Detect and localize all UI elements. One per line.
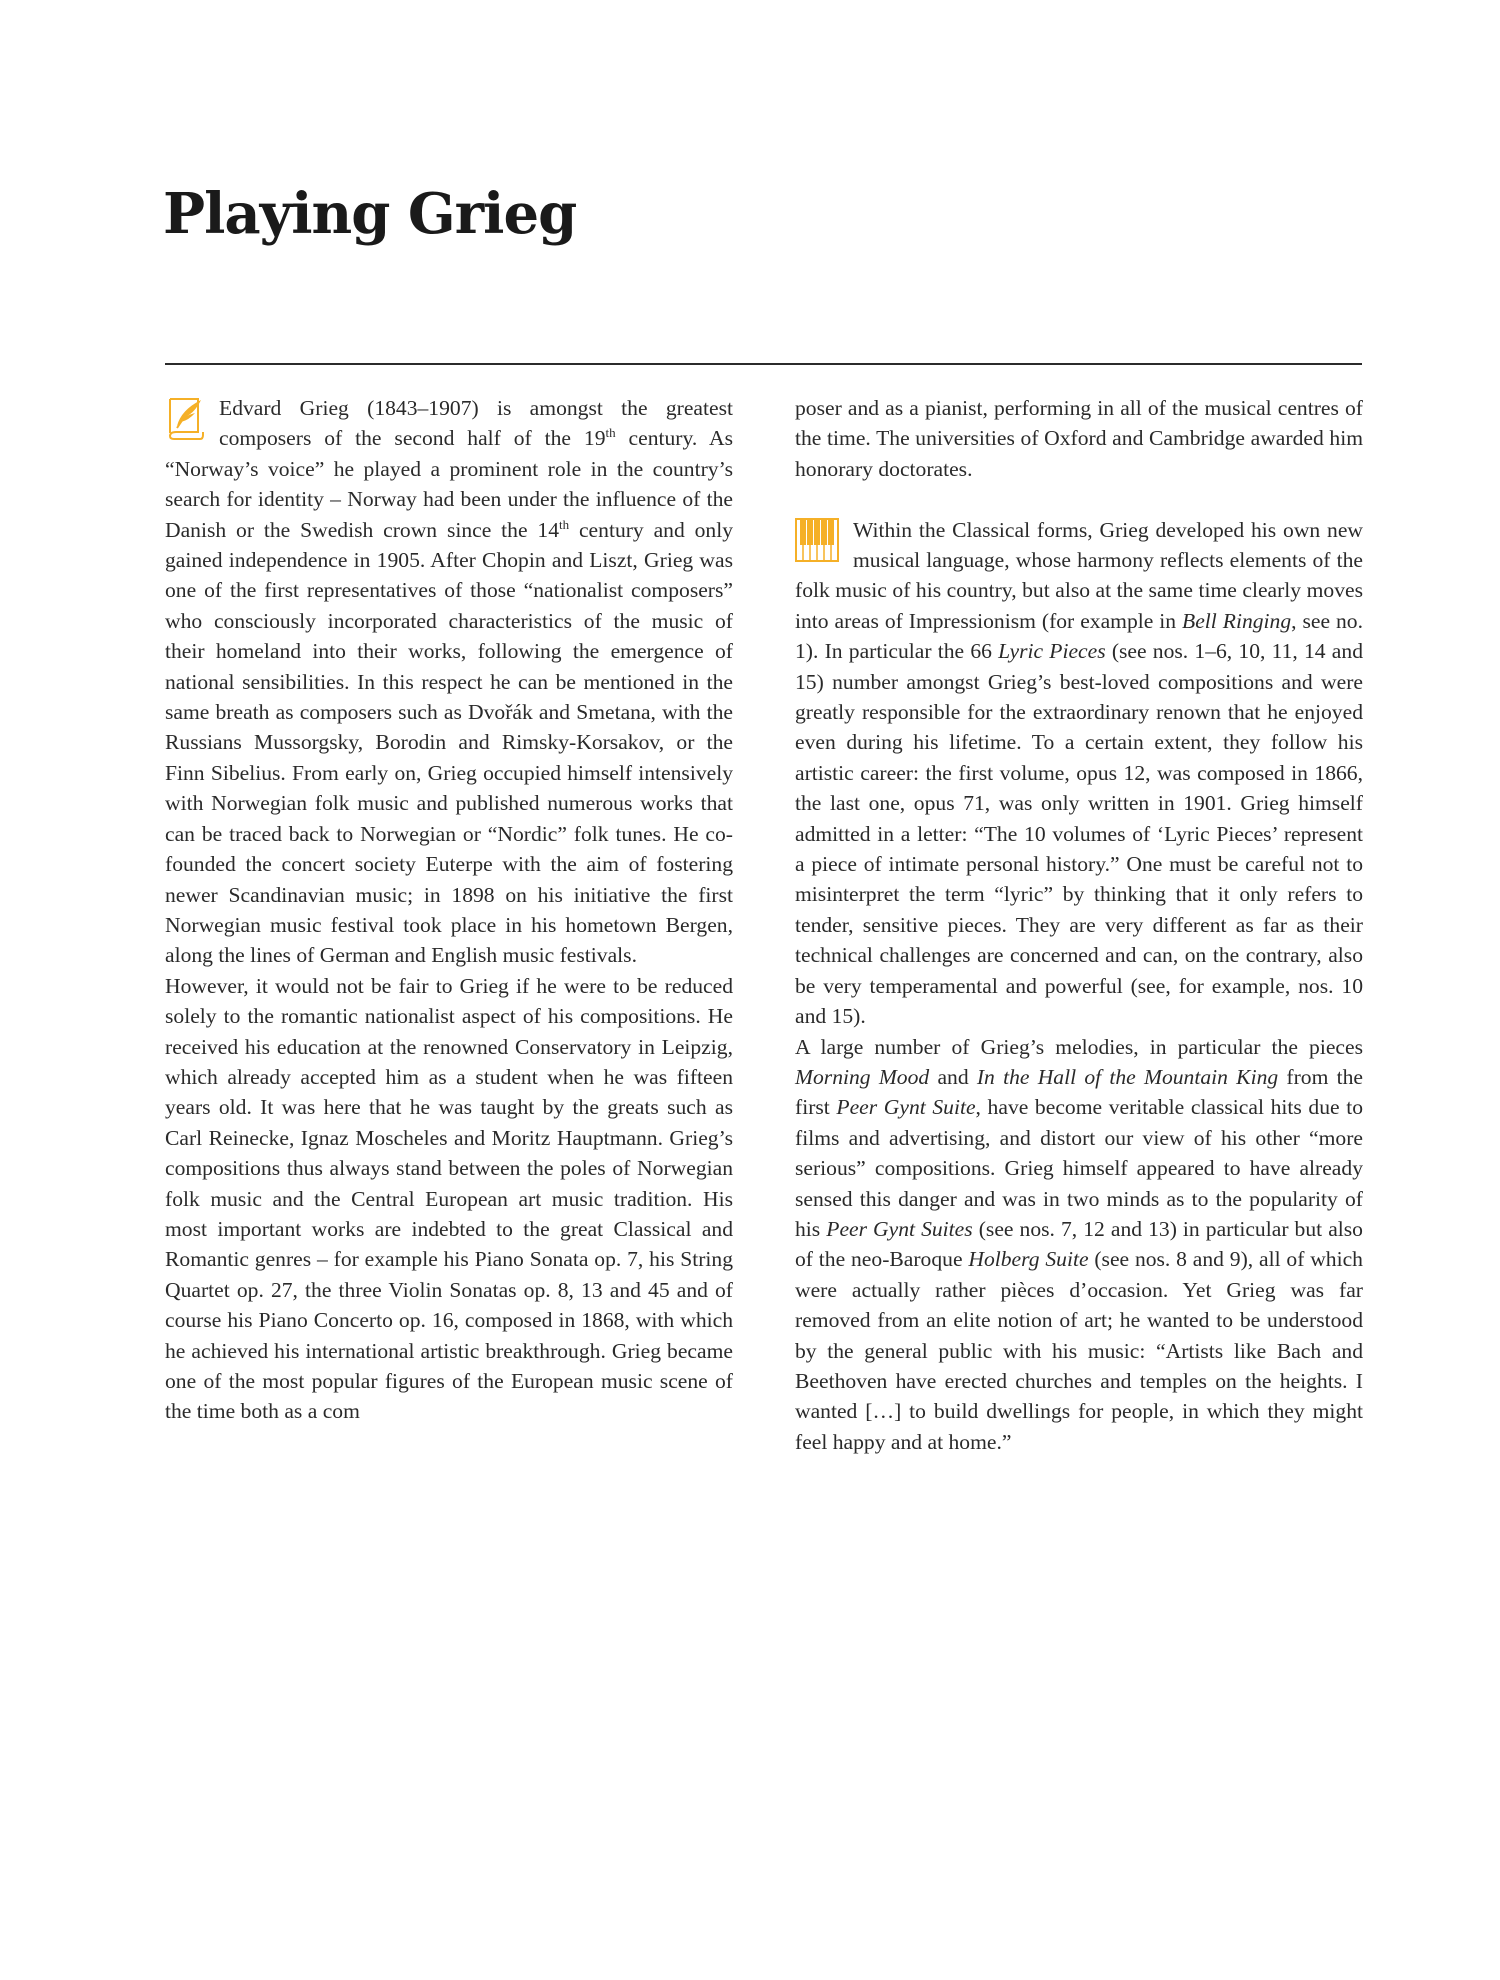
left-column: Edvard Grieg (1843–1907) is amongst the …	[165, 393, 733, 1427]
paragraph-intro: Edvard Grieg (1843–1907) is amongst the …	[165, 393, 733, 971]
piano-keys-icon	[795, 518, 839, 562]
quill-scroll-icon	[165, 396, 205, 440]
paragraph-popular-melodies: A large number of Grieg’s melodies, in p…	[795, 1032, 1363, 1458]
right-column: poser and as a pianist, performing in al…	[795, 393, 1363, 1457]
paragraph-career-end: poser and as a pianist, performing in al…	[795, 393, 1363, 484]
paragraph-lyric-pieces: Within the Classical forms, Grieg develo…	[795, 515, 1363, 1032]
page-title: Playing Grieg	[163, 186, 576, 242]
paragraph-education: However, it would not be fair to Grieg i…	[165, 971, 733, 1427]
title-divider	[165, 363, 1362, 365]
